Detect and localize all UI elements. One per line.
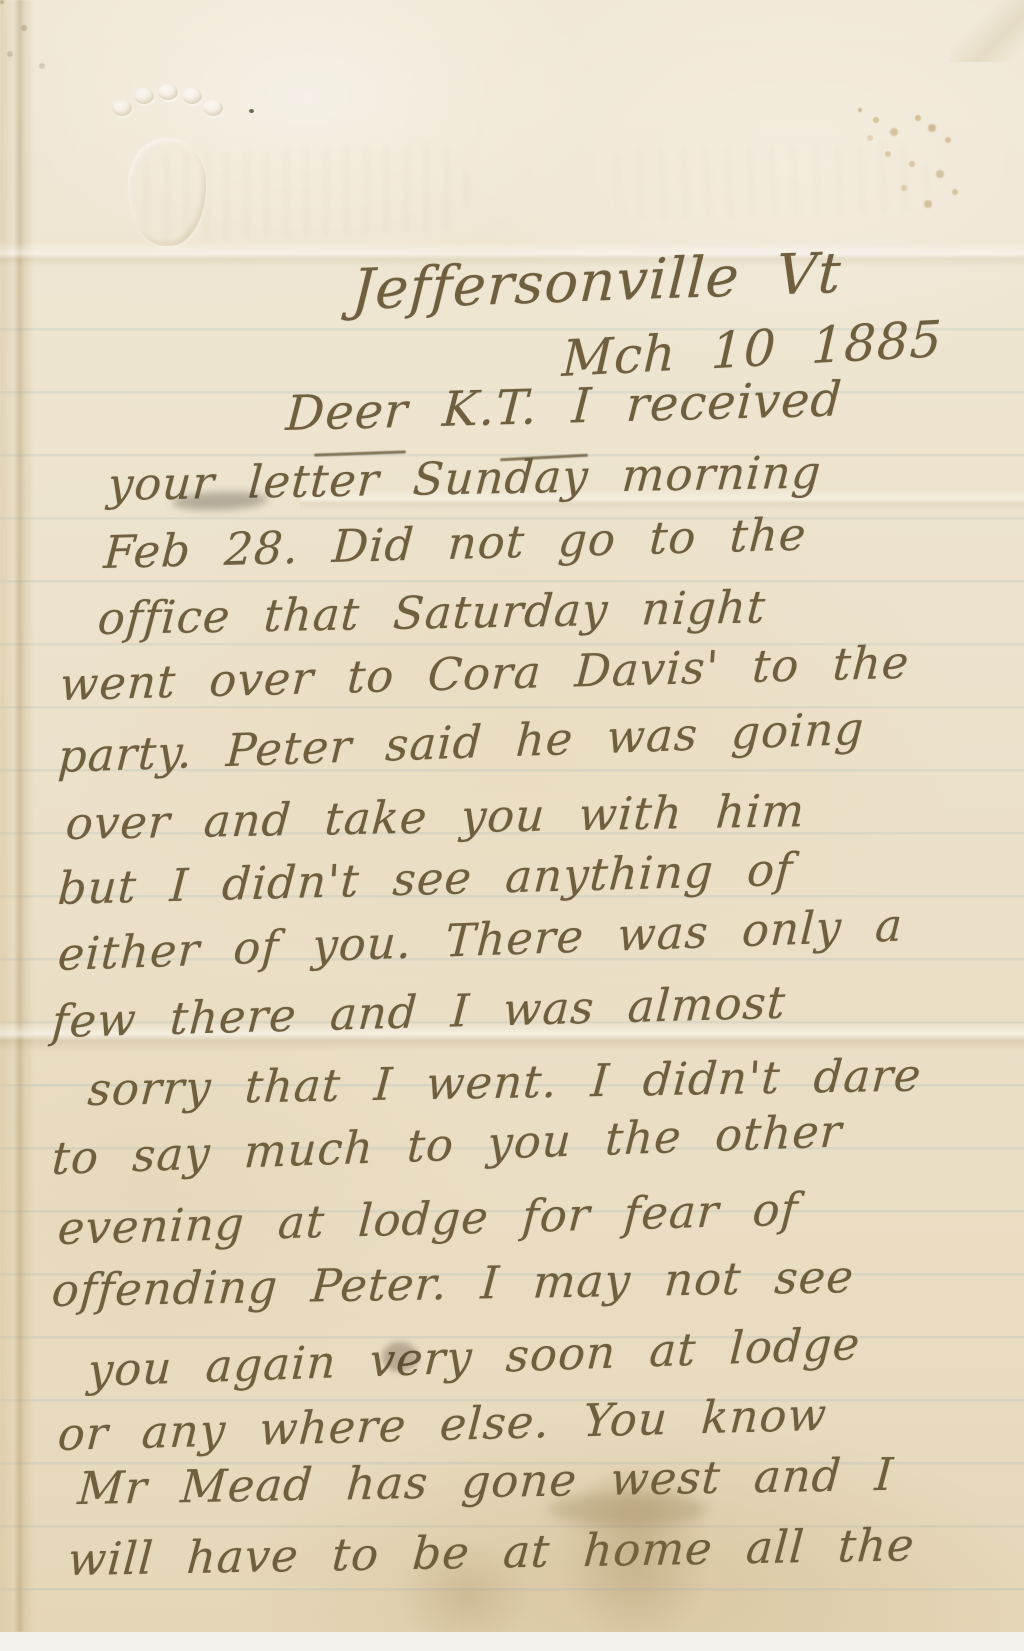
letter-line: but I didn't see anything of [56, 843, 794, 915]
letter-line: few there and I was almost [50, 976, 787, 1048]
letter-line-place: Jeffersonville Vt [350, 241, 843, 323]
scanned-letter-page: Jeffersonville Vt Mch 10 1885 Deer K.T. … [0, 0, 1024, 1651]
letter-line: over and take you with him [64, 784, 807, 850]
letter-line: evening at lodge for fear of [56, 1183, 800, 1255]
letter-line: Feb 28. Did not go to the [102, 508, 808, 580]
letter-line: you again very soon at lodge [87, 1317, 862, 1397]
letter-line: Mr Mead has gone west and I [76, 1448, 895, 1515]
letter-line-salutation: Deer K.T. I received [284, 371, 844, 442]
letter-line: to say much to you the other [51, 1104, 844, 1185]
foxing-spots [0, 0, 4, 4]
letter-line: your letter Sunday morning [106, 446, 823, 512]
letter-line: went over to Cora Davis' to the [58, 636, 911, 711]
letter-line: office that Saturday night [96, 580, 768, 645]
letter-paper: Jeffersonville Vt Mch 10 1885 Deer K.T. … [0, 0, 1024, 1632]
letter-line: party. Peter said he was going [57, 702, 866, 783]
scan-background-strip [0, 1632, 1024, 1651]
letter-line: will have to be at home all the [66, 1518, 916, 1586]
letter-line: offending Peter. I may not see [50, 1250, 856, 1317]
letter-text: Jeffersonville Vt Mch 10 1885 Deer K.T. … [0, 0, 1024, 1632]
